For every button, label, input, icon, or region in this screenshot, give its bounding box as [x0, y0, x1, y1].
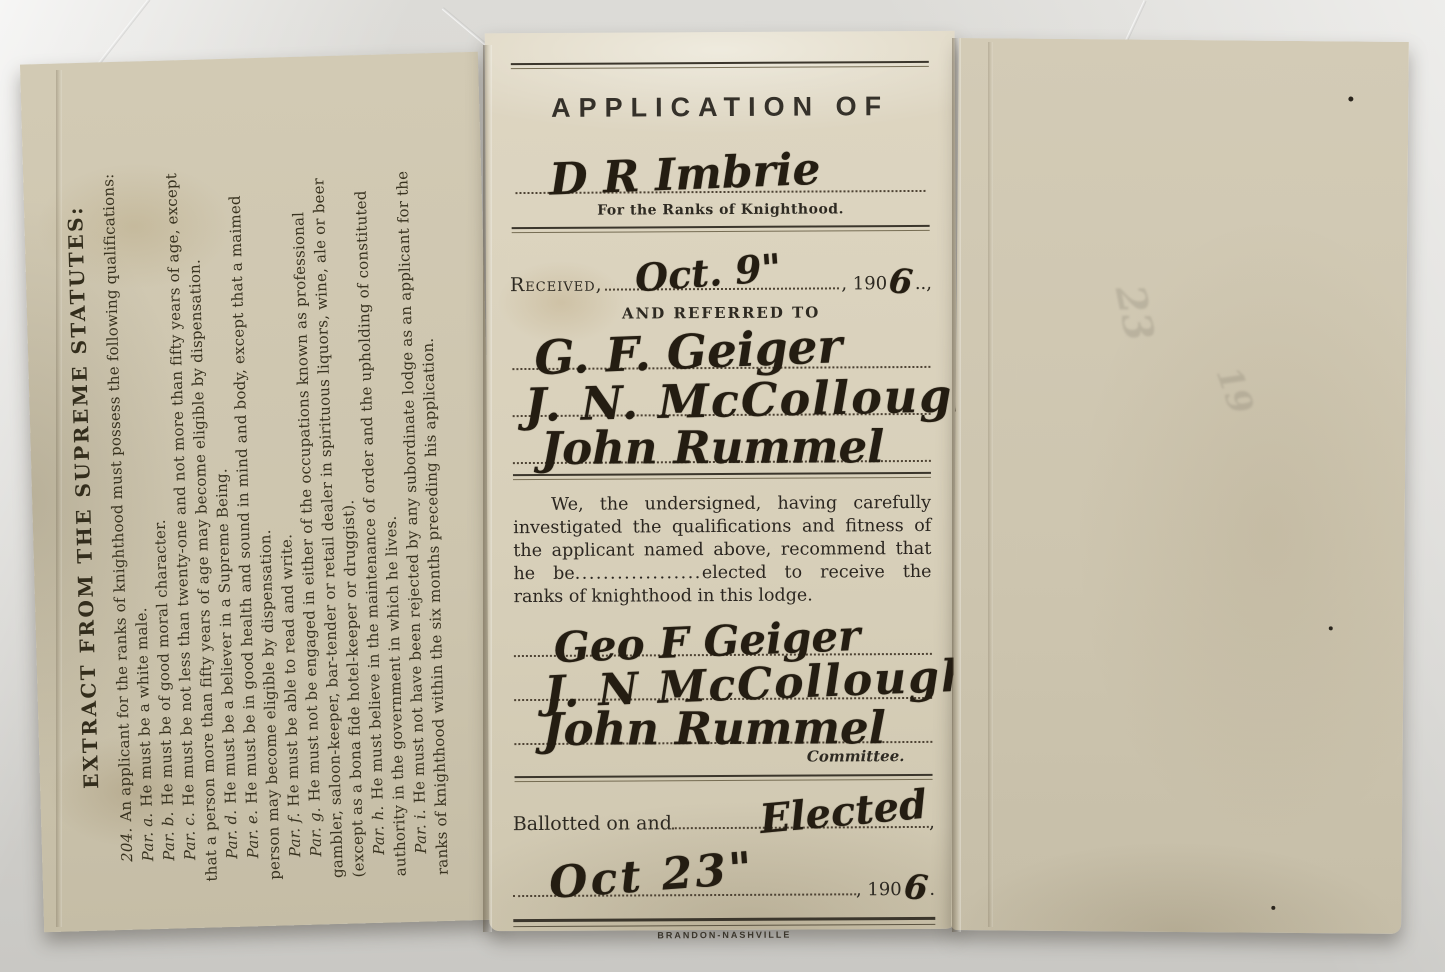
referred-name-line: G. F. Geiger [512, 321, 930, 370]
ballot-rule [515, 774, 933, 782]
paper-speck [1329, 626, 1333, 630]
committee-signature-line: John Rummel [514, 699, 932, 745]
fold-crease-left [483, 45, 492, 932]
applicant-name-line: D R Imbrie [515, 124, 925, 194]
ballot-period: . [929, 879, 935, 900]
ballot-date-blank: Oct 23" [513, 869, 856, 897]
referred-label: AND REFERRED TO [510, 303, 932, 323]
ballot-year-handwriting: 6 [902, 870, 929, 906]
received-line: Received, Oct. 9" , 190 6 .., [510, 261, 932, 297]
received-date-blank: Oct. 9" [605, 263, 840, 290]
right-panel-crease [988, 42, 993, 927]
ballot-date-handwriting: Oct 23" [548, 847, 757, 906]
ballot-result-blank: Elected [672, 800, 929, 829]
paragraph-label: Par. i. [411, 803, 430, 854]
received-tail: .., [915, 273, 932, 294]
ink-show-through: 23 [1106, 281, 1163, 345]
ballot-comma: , [929, 812, 935, 833]
paragraph-label [329, 878, 347, 885]
printer-mark: BRANDON-NASHVILLE [513, 929, 935, 941]
paragraph-label [203, 881, 221, 888]
recommendation-paragraph: We, the undersigned, having carefully in… [513, 492, 932, 609]
ballot-date-line: Oct 23" , 190 6 . [513, 867, 935, 903]
paragraph-label: Par. b. [159, 805, 179, 861]
ballot-line: Ballotted on and Elected , [513, 800, 935, 835]
top-rule [511, 61, 929, 69]
year-prefix: , 190 [841, 273, 887, 294]
ink-show-through: 19 [1208, 361, 1262, 419]
referred-names: G. F. Geiger J. N. McCollough John Rumme… [510, 321, 933, 464]
application-form: APPLICATION OF D R Imbrie For the Ranks … [485, 31, 960, 931]
statutes-lines: 204.An applicant for the ranks of knight… [96, 93, 454, 890]
paragraph-label [434, 875, 452, 882]
ballot-label: Ballotted on and [513, 812, 672, 835]
paragraph-label: Par. g. [306, 801, 326, 857]
committee-signature-line: Geo F Geiger [514, 611, 932, 657]
received-label: Received, [510, 274, 603, 296]
committee-signature-line: J. N McCollough [514, 655, 932, 701]
subtitle-rule [512, 225, 930, 233]
paragraph-label: Par. f. [285, 806, 304, 857]
referred-name-line: J. N. McCollough [512, 368, 930, 417]
committee-signatures: Geo F Geiger J. N McCollough John Rummel [512, 611, 935, 745]
paragraph-label: Par. e. [243, 804, 263, 859]
received-date-handwriting: Oct. 9" [633, 249, 782, 298]
paragraph-label [266, 880, 284, 887]
statutes-panel: EXTRACT FROM THE SUPREME STATUTES: 204.A… [20, 52, 502, 932]
paragraph-label: Par. a. [138, 807, 158, 862]
paragraph-label [350, 877, 368, 884]
paragraph-label: Par. c. [180, 806, 200, 860]
referred-name-line: John Rummel [513, 415, 931, 464]
referred-name-handwriting: John Rummel [541, 424, 885, 471]
form-title: APPLICATION OF [509, 91, 931, 124]
paragraph-label: Par. h. [369, 799, 389, 855]
paragraph-label: Par. d. [222, 804, 242, 860]
photo-of-folded-application-document: EXTRACT FROM THE SUPREME STATUTES: 204.A… [0, 0, 1445, 972]
fold-crease-right [952, 38, 961, 932]
committee-signature-handwriting: John Rummel [542, 705, 886, 752]
blank-back-panel: 23 19 [951, 38, 1409, 934]
application-form-panel: APPLICATION OF D R Imbrie For the Ranks … [485, 31, 960, 931]
paper-speck [1271, 906, 1275, 910]
recommendation-dotted-gap: .................. [575, 563, 702, 584]
paper-speck [1348, 96, 1353, 101]
statutes-rotated-text-block: EXTRACT FROM THE SUPREME STATUTES: 204.A… [60, 93, 462, 891]
paragraph-label: 204. [117, 821, 136, 862]
received-year-handwriting: 6 [887, 264, 914, 300]
bottom-rule [513, 917, 935, 927]
left-edge-crease [56, 70, 62, 927]
ballot-year-prefix: , 190 [856, 879, 902, 900]
ballot-result-handwriting: Elected [758, 785, 928, 840]
applicant-name-signature: D R Imbrie [549, 148, 822, 203]
paragraph-label [392, 876, 410, 883]
